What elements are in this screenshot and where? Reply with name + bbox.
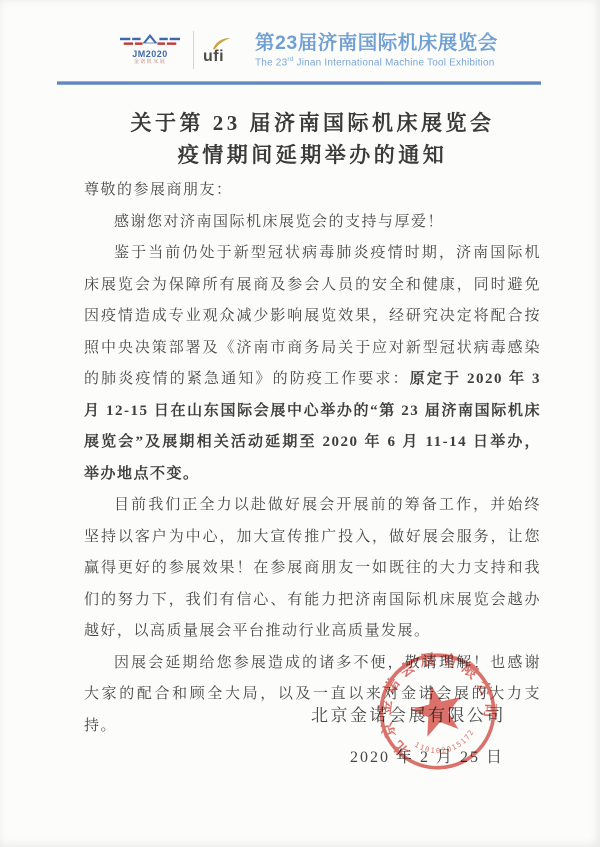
exhibition-title-en: The 23rd Jinan International Machine Too… <box>255 56 498 68</box>
exhibition-title-en-prefix: The 23 <box>255 58 287 69</box>
notice-title: 关于第 23 届济南国际机床展览会 疫情期间延期举办的通知 <box>84 107 541 171</box>
exhibition-title-cn: 第23届济南国际机床展览会 <box>255 31 498 55</box>
header-rule <box>57 81 541 85</box>
jm2020-logo-subtext: 金诺机床展 <box>112 59 188 66</box>
paragraph-postponement: 鉴于当前仍处于新型冠状病毒肺炎疫情时期，济南国际机床展览会为保障所有展商及参会人… <box>84 238 541 490</box>
notice-body: 关于第 23 届济南国际机床展览会 疫情期间延期举办的通知 尊敬的参展商朋友： … <box>0 107 600 742</box>
notice-document-page: JM2020 金诺机床展 ufi 第23届济南国际机床展览会 The 23rd … <box>0 0 600 847</box>
notice-title-line2: 疫情期间延期举办的通知 <box>84 139 541 171</box>
logo-divider <box>193 31 194 69</box>
seal-star-icon <box>406 679 468 739</box>
letterhead-row: JM2020 金诺机床展 ufi 第23届济南国际机床展览会 The 23rd … <box>112 26 600 74</box>
ufi-logo: ufi <box>203 37 245 64</box>
jm2020-logo-text: JM2020 <box>112 49 188 59</box>
jm2020-logo-icon <box>119 34 181 49</box>
ufi-logo-text: ufi <box>203 49 245 64</box>
letterhead-titles: 第23届济南国际机床展览会 The 23rd Jinan Internation… <box>255 31 498 68</box>
paragraph-preparation: 目前我们正全力以赴做好展会开展前的筹备工作，并始终坚持以客户为中心，加大宣传推广… <box>84 490 541 648</box>
paragraph-thanks: 感谢您对济南国际机床展览会的支持与厚爱！ <box>84 207 541 239</box>
paragraph-postponement-bold: 原定于 2020 年 3 月 12-15 日在山东国际会展中心举办的“第 23 … <box>84 371 541 482</box>
salutation: 尊敬的参展商朋友： <box>84 175 541 207</box>
exhibition-title-en-rest: Jinan International Machine Tool Exhibit… <box>294 58 495 69</box>
paragraph-postponement-normal: 鉴于当前仍处于新型冠状病毒肺炎疫情时期，济南国际机床展览会为保障所有展商及参会人… <box>84 245 541 387</box>
notice-title-line1: 关于第 23 届济南国际机床展览会 <box>84 107 541 139</box>
jm2020-logo: JM2020 金诺机床展 <box>112 34 188 66</box>
letterhead: JM2020 金诺机床展 ufi 第23届济南国际机床展览会 The 23rd … <box>0 0 600 85</box>
